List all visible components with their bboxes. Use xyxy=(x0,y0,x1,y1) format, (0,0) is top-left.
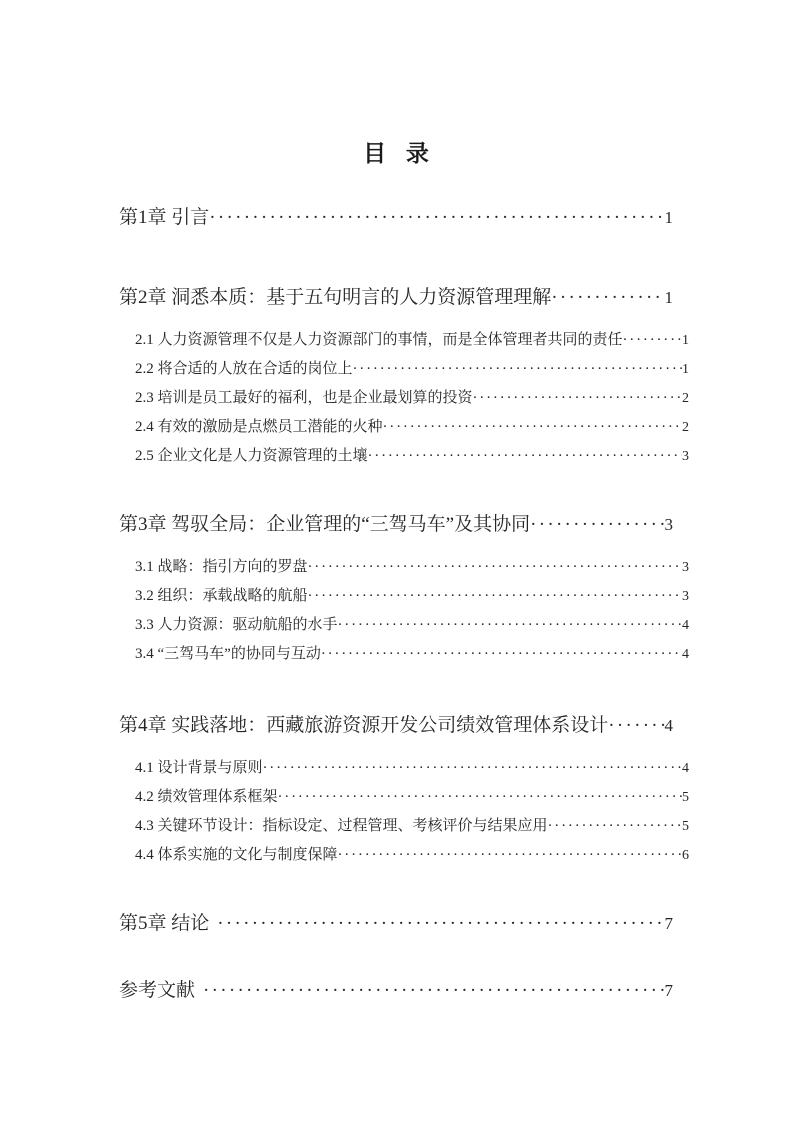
toc-entry-label: 3.4 “三驾马车”的协同与互动 xyxy=(135,640,321,668)
toc-entry-label: 3.2 组织：承载战略的航船 xyxy=(135,582,308,610)
toc-page-number: 2 xyxy=(682,414,689,442)
toc-page-number: 3 xyxy=(682,554,689,582)
toc-entry-label: 第3章 驾驭全局：企业管理的“三驾马车”及其协同 xyxy=(119,513,530,537)
toc-entry-label: 第5章 结论 xyxy=(119,912,209,936)
toc-page-number: 3 xyxy=(682,583,689,611)
toc-leader-dots xyxy=(263,754,682,782)
toc-entry[interactable]: 第5章 结论 7 xyxy=(119,912,673,936)
toc-entry[interactable]: 4.4 体系实施的文化与制度保障 6 xyxy=(119,841,689,870)
toc-entry-label: 第1章 引言 xyxy=(119,206,209,230)
toc-leader-dots xyxy=(548,812,682,840)
toc-leader-dots xyxy=(383,413,682,441)
toc-entry[interactable]: 3.2 组织：承载战略的航船 3 xyxy=(119,582,689,611)
toc-entry[interactable]: 第4章 实践落地：西藏旅游资源开发公司绩效管理体系设计 4 xyxy=(119,714,673,738)
toc-leader-dots xyxy=(623,326,682,354)
toc-page: 目 录 第1章 引言 1 第2章 洞悉本质：基于五句明言的人力资源管理理解 1 … xyxy=(0,0,793,1122)
toc-entry[interactable]: 2.4 有效的激励是点燃员工潜能的火种 2 xyxy=(119,413,689,442)
toc-page-number: 5 xyxy=(682,813,689,841)
toc-page-number: 7 xyxy=(665,912,674,936)
toc-entry-label: 2.1 人力资源管理不仅是人力资源部门的事情，而是全体管理者共同的责任 xyxy=(135,326,623,354)
toc-entry[interactable]: 2.3 培训是员工最好的福利，也是企业最划算的投资 2 xyxy=(119,384,689,413)
toc-entry[interactable]: 参考文献 7 xyxy=(119,979,673,1003)
toc-entry-label: 3.1 战略：指引方向的罗盘 xyxy=(135,553,308,581)
toc-page-number: 1 xyxy=(665,286,674,310)
toc-leader-dots xyxy=(338,611,682,639)
toc-leader-dots xyxy=(530,513,664,537)
toc-leader-dots xyxy=(321,640,682,668)
toc-leader-dots xyxy=(278,783,682,811)
toc-page-number: 6 xyxy=(682,842,689,870)
toc-page-title: 目 录 xyxy=(119,141,673,166)
toc-entry-label: 4.3 关键环节设计：指标设定、过程管理、考核评价与结果应用 xyxy=(135,812,548,840)
toc-entry-label: 2.5 企业文化是人力资源管理的土壤 xyxy=(135,442,368,470)
toc-page-number: 4 xyxy=(682,612,689,640)
toc-page-number: 3 xyxy=(682,443,689,471)
toc-leader-dots xyxy=(473,384,682,412)
toc-entry[interactable]: 4.3 关键环节设计：指标设定、过程管理、考核评价与结果应用 5 xyxy=(119,812,689,841)
toc-entry[interactable]: 4.2 绩效管理体系框架 5 xyxy=(119,783,689,812)
toc-leader-dots xyxy=(308,553,682,581)
toc-page-number: 4 xyxy=(682,641,689,669)
toc-leader-dots xyxy=(209,206,664,230)
toc-leader-dots xyxy=(608,714,664,738)
toc-entry[interactable]: 2.1 人力资源管理不仅是人力资源部门的事情，而是全体管理者共同的责任 1 xyxy=(119,326,689,355)
toc-page-number: 4 xyxy=(665,714,674,738)
toc-leader-dots xyxy=(368,442,682,470)
toc-entry[interactable]: 3.4 “三驾马车”的协同与互动 4 xyxy=(119,640,689,669)
toc-page-number: 1 xyxy=(682,356,689,384)
toc-leader-dots xyxy=(353,355,682,383)
toc-page-number: 1 xyxy=(682,327,689,355)
toc-entry[interactable]: 第1章 引言 1 xyxy=(119,206,673,230)
toc-entry[interactable]: 2.2 将合适的人放在合适的岗位上 1 xyxy=(119,355,689,384)
toc-leader-dots xyxy=(338,841,682,869)
toc-entry-label: 2.3 培训是员工最好的福利，也是企业最划算的投资 xyxy=(135,384,473,412)
toc-entry-label: 第2章 洞悉本质：基于五句明言的人力资源管理理解 xyxy=(119,286,551,310)
toc-entry-label: 2.2 将合适的人放在合适的岗位上 xyxy=(135,355,353,383)
toc-leader-dots xyxy=(308,582,682,610)
toc-entry-label: 2.4 有效的激励是点燃员工潜能的火种 xyxy=(135,413,383,441)
toc-page-number: 7 xyxy=(665,979,674,1003)
toc-list: 第1章 引言 1 第2章 洞悉本质：基于五句明言的人力资源管理理解 1 2.1 … xyxy=(119,206,673,1003)
toc-entry-label: 3.3 人力资源：驱动航船的水手 xyxy=(135,611,338,639)
toc-leader-dots xyxy=(203,979,664,1003)
toc-entry-label: 4.2 绩效管理体系框架 xyxy=(135,783,278,811)
toc-leader-dots xyxy=(217,912,664,936)
toc-leader-dots xyxy=(551,286,664,310)
toc-page-number: 5 xyxy=(682,784,689,812)
toc-entry-label: 参考文献 xyxy=(119,979,195,1003)
toc-entry-label: 4.4 体系实施的文化与制度保障 xyxy=(135,841,338,869)
toc-entry[interactable]: 3.1 战略：指引方向的罗盘 3 xyxy=(119,553,689,582)
toc-entry[interactable]: 第3章 驾驭全局：企业管理的“三驾马车”及其协同 3 xyxy=(119,513,673,537)
toc-page-number: 2 xyxy=(682,385,689,413)
toc-entry[interactable]: 3.3 人力资源：驱动航船的水手 4 xyxy=(119,611,689,640)
toc-entry-label: 4.1 设计背景与原则 xyxy=(135,754,263,782)
toc-page-number: 1 xyxy=(665,206,674,230)
toc-page-number: 3 xyxy=(665,513,674,537)
toc-entry[interactable]: 2.5 企业文化是人力资源管理的土壤 3 xyxy=(119,442,689,471)
toc-entry[interactable]: 4.1 设计背景与原则 4 xyxy=(119,754,689,783)
toc-entry-label: 第4章 实践落地：西藏旅游资源开发公司绩效管理体系设计 xyxy=(119,714,608,738)
toc-entry[interactable]: 第2章 洞悉本质：基于五句明言的人力资源管理理解 1 xyxy=(119,286,673,310)
toc-page-number: 4 xyxy=(682,755,689,783)
